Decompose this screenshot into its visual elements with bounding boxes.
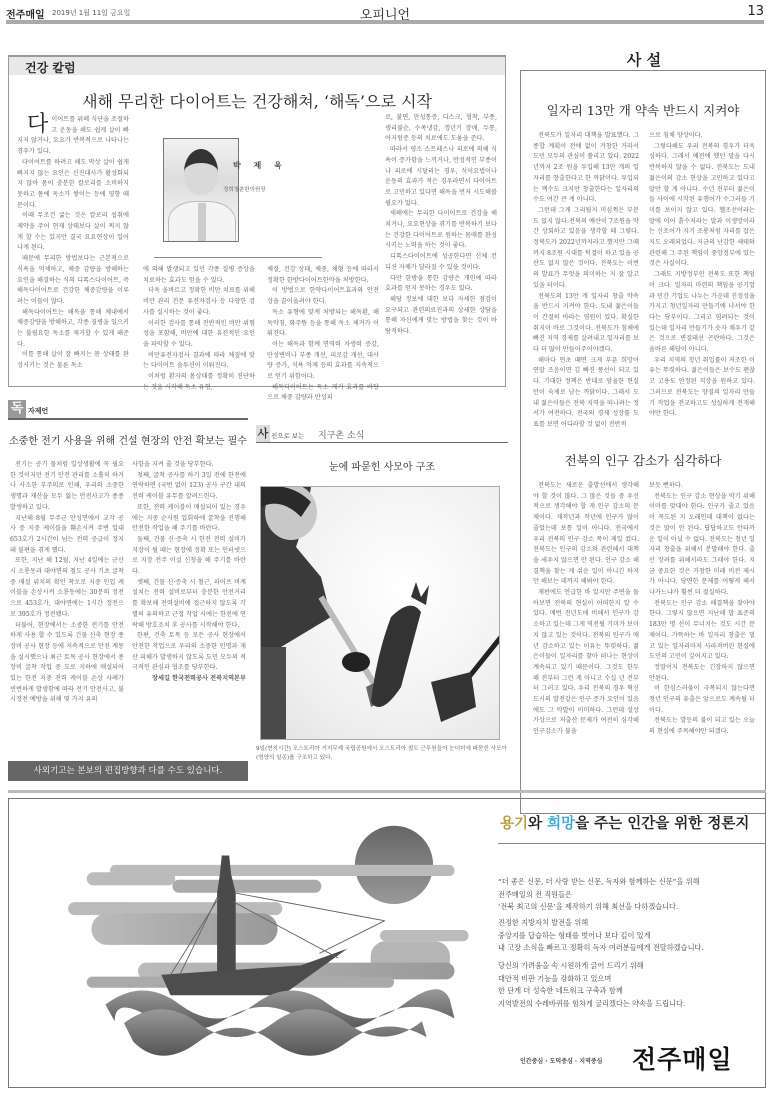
ad-slogan: 용기와 희망을 주는 인간을 위한 정론지 [500, 812, 749, 833]
author-role: 경희청춘한의원장 [223, 185, 266, 193]
author-name: 박 제 욱 [233, 160, 287, 171]
editorial-1-col-1: 전북도가 일자리 대책을 발표했다. 그 종합 계획이 전에 없이 거창한 거라… [533, 131, 639, 431]
reader-col-1: 전기는 공기 물처럼 일상생활에 꼭 필요한 것이지만 전기 안전 관리를 소홀… [10, 460, 124, 706]
page-number: 13 [747, 4, 764, 19]
health-col-1: 다이어트를 위해 식단을 조절하고 운동을 해도 쉽게 살이 빠지지 않거나, … [17, 115, 129, 372]
disclaimer-notice: 사외기고는 본보의 편집방향과 다를 수도 있습니다. [8, 761, 248, 781]
masthead: 전주매일 2019년 1월 11일 금요일 오피니언 13 [6, 4, 764, 28]
editorial-1-col-2: 으로 침체 양상이다. 그렇다해도 우리 전북의 경우가 더욱 심하다. 그래서… [649, 131, 755, 420]
reader-col-2: 사항을 지켜 줄 것을 당부한다. 첫째, 굴착 공사를 하기 3일 전에 한전… [132, 460, 246, 685]
reader-label-big: 독 [8, 400, 26, 418]
section-divider [8, 790, 766, 793]
health-column-title: 새해 무리한 다이어트는 건강해쳐, ‘해독’으로 시작 [9, 89, 505, 112]
reader-byline: 장세길 한국전력공사 전북지역본부 [132, 674, 246, 685]
health-column-header: 건강 칼럼 [9, 55, 505, 75]
photo-news-title: 눈에 파묻힌 사모아 구조 [256, 458, 508, 473]
ad-logo: 전주매일 [632, 1040, 733, 1076]
health-col-3: 체질, 건강 상태, 체중, 체형 등에 따라서 정확한 한방다이어트한약을 처… [267, 265, 379, 404]
health-col-4: 로, 불면, 만성통증, 디스크, 협착, 부종, 생리불순, 수족냉감, 갱년… [385, 113, 497, 338]
editorial-label: 사 설 [599, 49, 689, 70]
masthead-rule [6, 20, 764, 24]
photo-illustration [261, 487, 500, 740]
divider [154, 257, 322, 258]
ship-illustration-icon [39, 809, 479, 1079]
health-col-2: 에 의해 발생되고 있던 각종 질병 증상을 치료하는 효과도 얻을 수 있다.… [143, 265, 255, 393]
reader-column-title: 소중한 전기 사용을 위해 건설 현장의 안전 확보는 필수 [8, 432, 248, 447]
dropcap: 다 [27, 115, 48, 135]
divider [498, 843, 766, 844]
photo-label-rest: 지구촌 소식 [318, 428, 364, 441]
photo-news-header: 사 진으로 보는 지구촌 소식 [256, 425, 508, 443]
reader-column-header: 독 자제언 [8, 400, 248, 420]
editorial-2-col-2: 보듯 뻔하다. 전북도는 인구 감소 현상을 막기 위해 이마를 맞대야 한다.… [649, 481, 755, 738]
photo-label-big: 사 [256, 425, 270, 442]
health-column-label: 건강 칼럼 [25, 59, 76, 76]
photo-label-small: 진으로 보는 [271, 431, 304, 440]
ad-paragraph-2: 진정한 지방자치 발전을 위해 중앙지를 답습하는 형태를 벗어나 보다 깊이 … [498, 917, 704, 955]
reader-label: 자제언 [28, 406, 48, 416]
editorial-title-2: 전북의 인구 감소가 심각하다 [521, 451, 765, 469]
ad-paragraph-1: “더 좋은 신문, 더 사랑 받는 신문, 독자와 함께하는 신문”을 위해 전… [498, 876, 700, 914]
health-column: 건강 칼럼 새해 무리한 다이어트는 건강해쳐, ‘해독’으로 시작 다이어트를… [8, 55, 506, 387]
editorial-section: 사 설 일자리 13만 개 약속 반드시 지켜야 전북도가 일자리 대책을 발표… [520, 70, 766, 814]
editorial-2-col-1: 전북도는 새로운 출발선에서 생각해야 할 것이 많다. 그 많은 것들 중 우… [533, 481, 639, 738]
editorial-title-1: 일자리 13만 개 약속 반드시 지켜야 [521, 101, 765, 119]
ad-tagline: 인간중심 · 도덕중심 · 지역중심 [520, 1056, 602, 1065]
snow-rescue-photo [260, 486, 500, 740]
ad-paragraph-3: 당신의 가려움을 속 시원하게 긁어 드리기 위해 대안적 비판 기능을 강화하… [498, 960, 685, 1010]
photo-caption: 9일(현지시간) 오스트리아 거지무제 국립공원에서 오스트리아 철도 근무원들… [256, 745, 508, 763]
